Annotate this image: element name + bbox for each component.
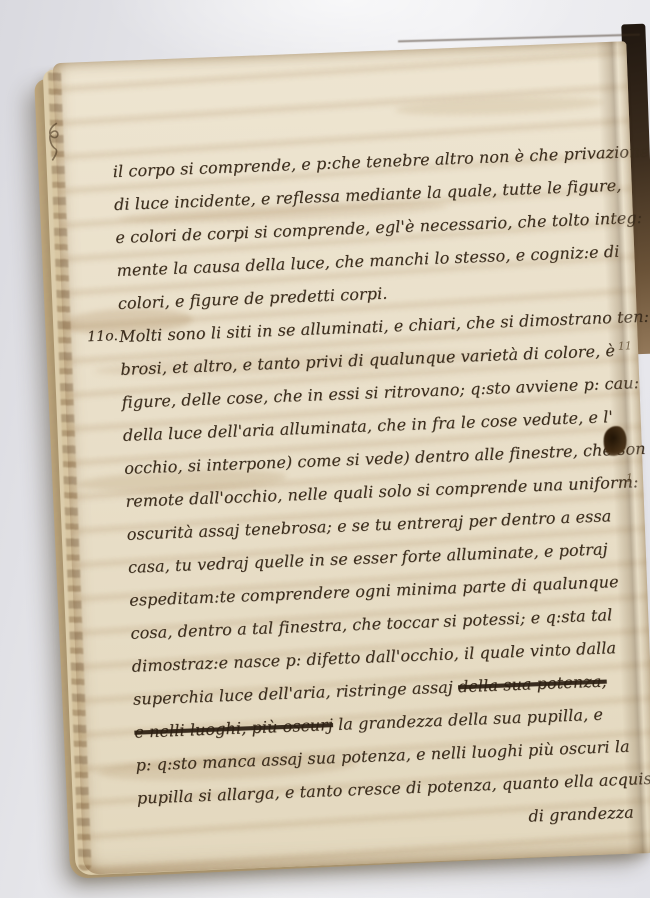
edge-number: 1 [626, 471, 633, 484]
page-top-crease [398, 34, 640, 43]
edge-number: 11 [618, 339, 632, 353]
line-text: la grandezza della sua pupilla, e [333, 705, 604, 734]
line-text: superchia luce dell'aria, ristringe assa… [133, 677, 459, 708]
line-text: di grandezza [528, 803, 634, 826]
struck-text: della sua potenza, [458, 672, 607, 697]
paragraph-number: 11o. [87, 320, 119, 354]
struck-text: e nelli luoghi, più oscurj [134, 715, 333, 742]
paper-stain [394, 94, 604, 118]
handwritten-text-block: il corpo si comprende, e p:che tenebre a… [112, 135, 650, 847]
photograph-backdrop: il corpo si comprende, e p:che tenebre a… [0, 0, 650, 898]
line-text: colori, e figure de predetti corpi. [118, 284, 388, 313]
manuscript-page: il corpo si comprende, e p:che tenebre a… [53, 41, 650, 874]
margin-squiggle-mark [43, 119, 71, 164]
